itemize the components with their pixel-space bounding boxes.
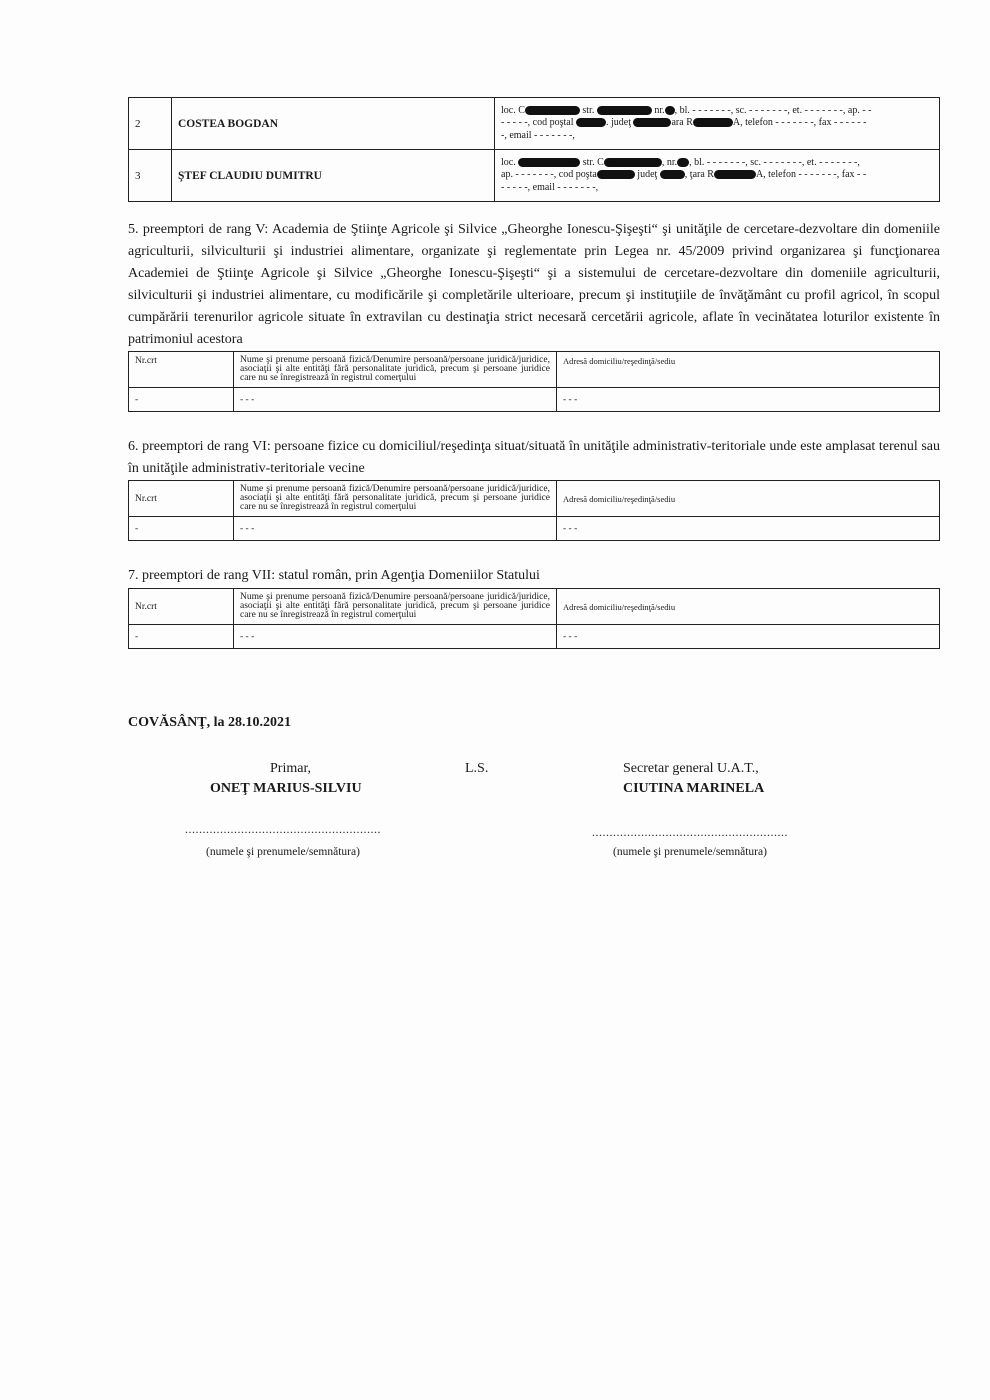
- mayor-role: Primar,: [270, 761, 311, 777]
- header-name: Nume şi prenume persoană fizică/Denumire…: [234, 481, 557, 517]
- header-name: Nume şi prenume persoană fizică/Denumire…: [234, 589, 557, 625]
- redaction: [518, 158, 580, 167]
- table-header-row: Nr.crt Nume şi prenume persoană fizică/D…: [129, 589, 940, 625]
- table-row: - - - - - - -: [129, 625, 940, 649]
- person-address: loc. C str. nr., bl. - - - - - - -, sc. …: [495, 98, 940, 150]
- mayor-signature-caption: (numele şi prenumele/semnătura): [206, 846, 360, 858]
- section-5-text: 5. preemptori de rang V: Academia de Şti…: [128, 219, 940, 351]
- secretary-name: CIUTINA MARINELA: [623, 781, 764, 797]
- table-row: - - - - - - -: [129, 517, 940, 541]
- header-nr: Nr.crt: [129, 589, 234, 625]
- secretary-signature-line: ........................................…: [592, 825, 788, 840]
- redaction: [714, 170, 756, 179]
- rank4-table: 2 COSTEA BOGDAN loc. C str. nr., bl. - -…: [128, 97, 940, 202]
- header-address: Adresă domiciliu/reşedinţă/sediu: [557, 481, 940, 517]
- person-address: loc. str. C, nr., bl. - - - - - - -, sc.…: [495, 150, 940, 202]
- person-name: COSTEA BOGDAN: [172, 98, 495, 150]
- row-number: -: [129, 388, 234, 412]
- redaction: [633, 118, 671, 127]
- mayor-name: ONEŢ MARIUS-SILVIU: [210, 781, 362, 797]
- table-header-row: Nr.crt Nume şi prenume persoană fizică/D…: [129, 481, 940, 517]
- secretary-signature-caption: (numele şi prenumele/semnătura): [613, 846, 767, 858]
- table-row: 2 COSTEA BOGDAN loc. C str. nr., bl. - -…: [129, 98, 940, 150]
- person-address: - - -: [557, 517, 940, 541]
- rank5-table: Nr.crt Nume şi prenume persoană fizică/D…: [128, 351, 940, 412]
- person-name: - - -: [234, 625, 557, 649]
- header-nr: Nr.crt: [129, 481, 234, 517]
- redaction: [576, 118, 606, 127]
- header-address: Adresă domiciliu/reşedinţă/sediu: [557, 589, 940, 625]
- place-date: COVĂSÂNŢ, la 28.10.2021: [128, 715, 291, 731]
- redaction: [525, 106, 580, 115]
- row-number: 3: [129, 150, 172, 202]
- stamp-label: L.S.: [465, 761, 488, 777]
- section-6-text: 6. preemptori de rang VI: persoane fizic…: [128, 436, 940, 480]
- redaction: [660, 170, 685, 179]
- redaction: [693, 118, 733, 127]
- header-nr: Nr.crt: [129, 352, 234, 388]
- person-address: - - -: [557, 625, 940, 649]
- redaction: [597, 170, 635, 179]
- row-number: 2: [129, 98, 172, 150]
- row-number: -: [129, 625, 234, 649]
- redaction: [597, 106, 652, 115]
- section-7-text: 7. preemptori de rang VII: statul român,…: [128, 565, 940, 587]
- person-name: ŞTEF CLAUDIU DUMITRU: [172, 150, 495, 202]
- rank6-table: Nr.crt Nume şi prenume persoană fizică/D…: [128, 480, 940, 541]
- header-address: Adresă domiciliu/reşedinţă/sediu: [557, 352, 940, 388]
- row-number: -: [129, 517, 234, 541]
- redaction: [604, 158, 662, 167]
- secretary-role: Secretar general U.A.T.,: [623, 761, 759, 777]
- table-row: - - - - - - -: [129, 388, 940, 412]
- rank7-table: Nr.crt Nume şi prenume persoană fizică/D…: [128, 588, 940, 649]
- header-name: Nume şi prenume persoană fizică/Denumire…: [234, 352, 557, 388]
- redaction: [677, 158, 689, 167]
- mayor-signature-line: ........................................…: [185, 822, 381, 837]
- person-name: - - -: [234, 388, 557, 412]
- table-row: 3 ŞTEF CLAUDIU DUMITRU loc. str. C, nr.,…: [129, 150, 940, 202]
- person-address: - - -: [557, 388, 940, 412]
- person-name: - - -: [234, 517, 557, 541]
- table-header-row: Nr.crt Nume şi prenume persoană fizică/D…: [129, 352, 940, 388]
- redaction: [665, 106, 675, 115]
